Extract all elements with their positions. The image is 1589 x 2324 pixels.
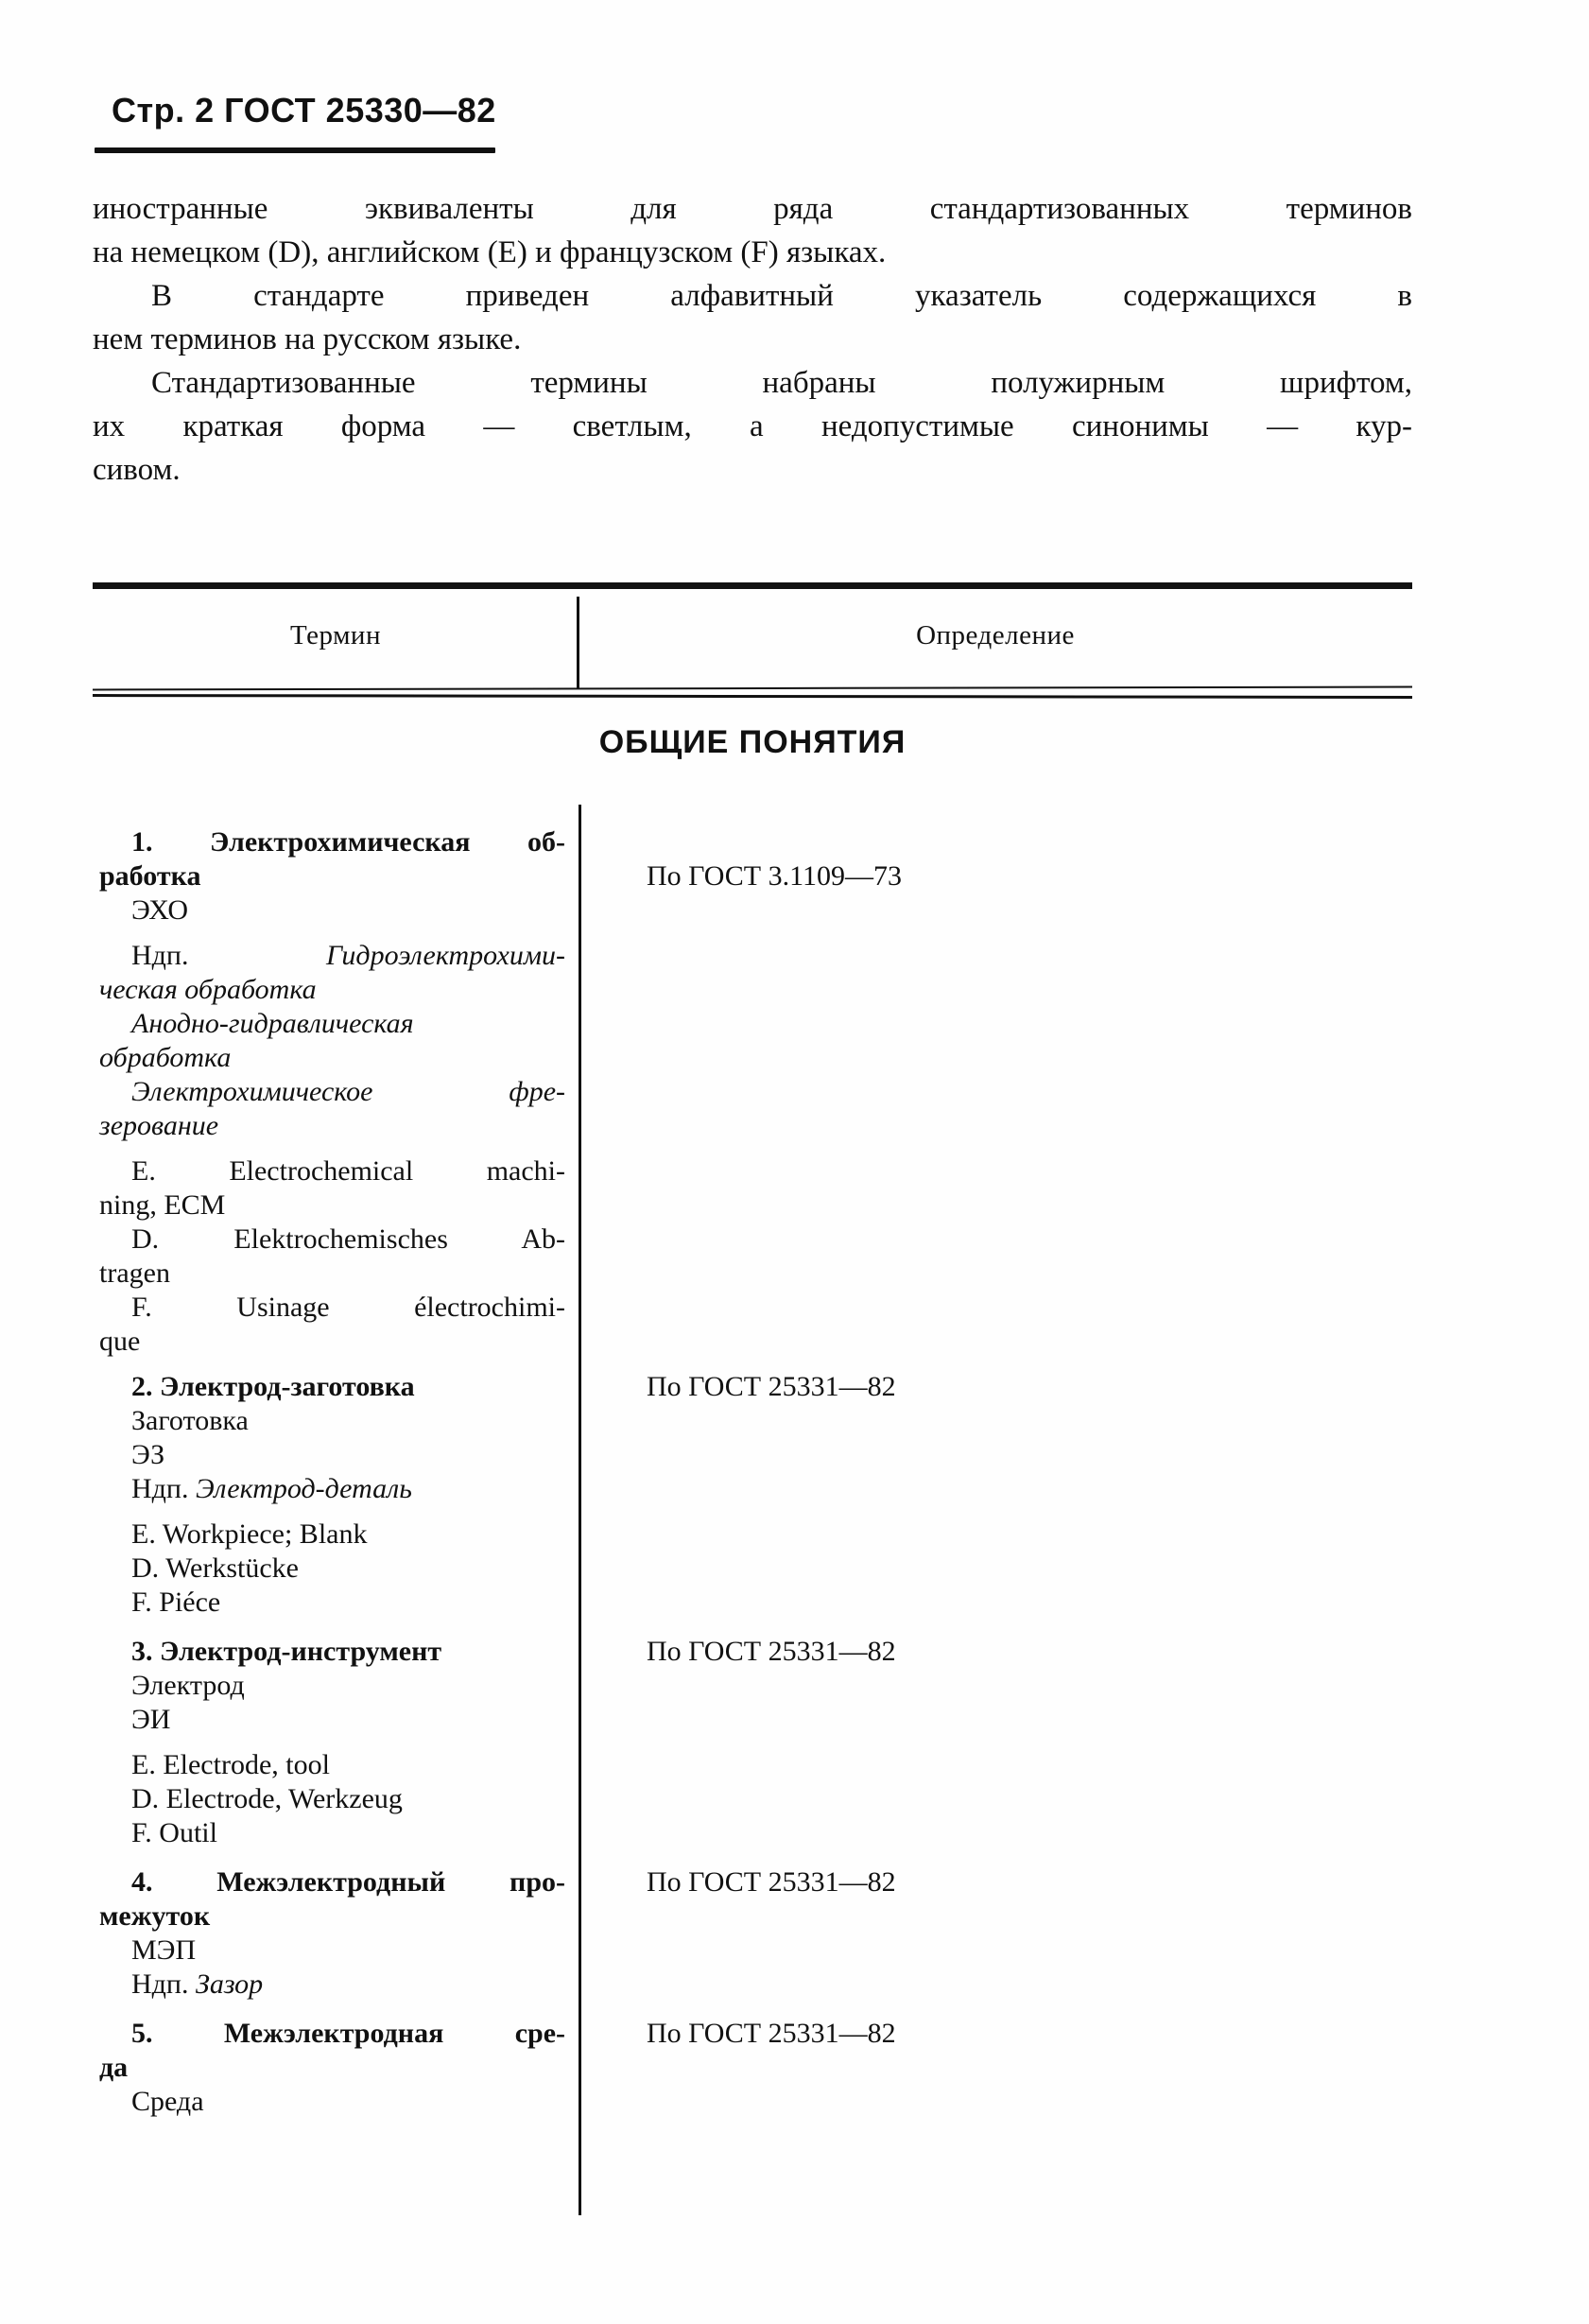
term-line: да [99, 2051, 565, 2085]
definition-cell: По ГОСТ 3.1109—73 [579, 825, 1412, 1359]
text-segment: да [99, 2052, 128, 2083]
column-divider-body [579, 805, 581, 2215]
text-segment: ческая обработка [99, 974, 317, 1005]
text-segment: E. Electrode, tool [131, 1749, 330, 1780]
text-segment: 5. Межэлектродная сре- [131, 2018, 565, 2049]
text-segment: иностранные эквиваленты для ряда стандар… [93, 192, 1412, 226]
text-segment: tragen [99, 1257, 170, 1289]
intro-line: Стандартизованные термины набраны полужи… [93, 361, 1412, 405]
text-segment: F. Piéce [131, 1587, 220, 1618]
text-segment: D. Electrode, Werkzeug [131, 1783, 403, 1814]
text-segment: Ндп. [131, 1968, 188, 2000]
term-line: ЭЗ [99, 1438, 565, 1472]
text-segment: D. Elektrochemisches Ab- [131, 1223, 565, 1255]
term-line: D. Werkstücke [99, 1552, 565, 1586]
term-line: D. Elektrochemisches Ab- [99, 1223, 565, 1257]
intro-paragraph: Стандартизованные термины набраны полужи… [93, 361, 1412, 492]
text-segment: F. Usinage électrochimi- [131, 1292, 565, 1323]
definition-text: По ГОСТ 3.1109—73 [647, 859, 1412, 893]
text-segment: межуток [99, 1900, 210, 1932]
text-segment: 4. Межэлектродный про- [131, 1866, 565, 1898]
term-line: ческая обработка [99, 973, 565, 1007]
term-line: Электрохимическое фре- [99, 1075, 565, 1109]
text-segment: 1. Электрохимическая об- [131, 826, 565, 858]
header-underline-rule [95, 147, 495, 153]
intro-line: на немецком (D), английском (E) и францу… [93, 231, 1412, 274]
text-segment: Электрохимическое фре- [131, 1076, 565, 1107]
definition-cell: По ГОСТ 25331—82 [579, 2017, 1412, 2119]
intro-paragraphs: иностранные эквиваленты для ряда стандар… [93, 187, 1412, 492]
intro-line: нем терминов на русском языке. [93, 318, 1412, 361]
term-line: ЭИ [99, 1703, 565, 1737]
term-line: tragen [99, 1257, 565, 1291]
text-segment: 2. Электрод-заготовка [131, 1371, 415, 1402]
text-segment: ning, ECM [99, 1189, 225, 1221]
term-line: D. Electrode, Werkzeug [99, 1782, 565, 1816]
definition-text: По ГОСТ 25331—82 [647, 2017, 1412, 2051]
term-line: E. Workpiece; Blank [99, 1518, 565, 1552]
line-gap [99, 928, 565, 939]
term-line: обработка [99, 1041, 565, 1075]
text-segment: ЭЗ [131, 1439, 164, 1470]
text-segment: Ндп. [131, 1473, 188, 1504]
text-segment: сивом. [93, 453, 181, 487]
text-segment: В стандарте приведен алфавитный указател… [151, 279, 1412, 313]
table-top-rule [93, 582, 1412, 589]
term-line: 2. Электрод-заготовка [99, 1370, 565, 1404]
term-line: ning, ECM [99, 1188, 565, 1223]
text-segment: Зазор [196, 1968, 263, 2000]
intro-line: их краткая форма — светлым, а недопустим… [93, 405, 1412, 448]
term-line: F. Outil [99, 1816, 565, 1850]
text-segment: обработка [99, 1042, 231, 1073]
term-line: E. Electrode, tool [99, 1748, 565, 1782]
intro-line: сивом. [93, 448, 1412, 492]
text-segment: работка [99, 860, 200, 892]
text-segment: Электрод [131, 1670, 245, 1701]
term-line: ЭХО [99, 893, 565, 928]
term-line: Заготовка [99, 1404, 565, 1438]
text-segment: зерование [99, 1110, 218, 1141]
text-segment: МЭП [131, 1934, 196, 1966]
term-line: 1. Электрохимическая об- [99, 825, 565, 859]
term-line: 4. Межэлектродный про- [99, 1865, 565, 1899]
text-segment: que [99, 1326, 140, 1357]
text-segment: D. Werkstücke [131, 1552, 299, 1584]
table-row-entry-1: 1. Электрохимическая об-работкаЭХОНдп. Г… [93, 825, 1412, 1359]
text-segment: E. Electrochemical machi- [131, 1155, 565, 1187]
column-header-term: Термин [93, 620, 579, 651]
term-cell: 5. Межэлектродная сре-даСреда [93, 2017, 579, 2119]
text-segment: Гидроэлектрохими- [326, 940, 565, 971]
term-cell: 1. Электрохимическая об-работкаЭХОНдп. Г… [93, 825, 579, 1359]
text-segment: E. Workpiece; Blank [131, 1518, 367, 1550]
definition-cell: По ГОСТ 25331—82 [579, 1635, 1412, 1850]
table-row-entry-4: 4. Межэлектродный про-межутокМЭПНдп. Заз… [93, 1865, 1412, 2002]
document-page: Стр. 2 ГОСТ 25330—82 иностранные эквивал… [0, 0, 1589, 2324]
term-cell: 4. Межэлектродный про-межутокМЭПНдп. Заз… [93, 1865, 579, 2002]
term-line: 5. Межэлектродная сре- [99, 2017, 565, 2051]
text-segment: Ндп. [131, 940, 188, 971]
term-line: F. Usinage électrochimi- [99, 1291, 565, 1325]
definition-text: По ГОСТ 25331—82 [647, 1865, 1412, 1899]
text-segment: их краткая форма — светлым, а недопустим… [93, 409, 1412, 443]
term-cell: 2. Электрод-заготовкаЗаготовкаЭЗНдп. Эле… [93, 1370, 579, 1620]
term-line: F. Piéce [99, 1586, 565, 1620]
line-gap [99, 1506, 565, 1518]
text-segment: Анодно-гидравлическая [131, 1008, 414, 1039]
term-cell: 3. Электрод-инструментЭлектродЭИE. Elect… [93, 1635, 579, 1850]
term-line: Ндп. Гидроэлектрохими- [99, 939, 565, 973]
text-segment: Среда [131, 2086, 204, 2117]
term-line: Ндп. Электрод-деталь [99, 1472, 565, 1506]
column-header-definition: Определение [579, 620, 1412, 651]
table-row-entry-5: 5. Межэлектродная сре-даСредаПо ГОСТ 253… [93, 2017, 1412, 2119]
section-heading: ОБЩИЕ ПОНЯТИЯ [93, 724, 1412, 761]
term-line: Электрод [99, 1669, 565, 1703]
text-segment: на немецком (D), английском (E) и францу… [93, 235, 886, 269]
term-line: que [99, 1325, 565, 1359]
term-line: работка [99, 859, 565, 893]
term-line: 3. Электрод-инструмент [99, 1635, 565, 1669]
term-line: Анодно-гидравлическая [99, 1007, 565, 1041]
terms-table-body: 1. Электрохимическая об-работкаЭХОНдп. Г… [93, 799, 1412, 2119]
text-segment: F. Outil [131, 1817, 217, 1848]
definition-cell: По ГОСТ 25331—82 [579, 1370, 1412, 1620]
text-segment: Заготовка [131, 1405, 249, 1436]
intro-paragraph: иностранные эквиваленты для ряда стандар… [93, 187, 1412, 274]
term-line: межуток [99, 1899, 565, 1934]
table-header-rule-2 [93, 694, 1412, 699]
text-segment: ЭХО [131, 894, 188, 926]
table-row-entry-2: 2. Электрод-заготовкаЗаготовкаЭЗНдп. Эле… [93, 1370, 1412, 1620]
table-row-entry-3: 3. Электрод-инструментЭлектродЭИE. Elect… [93, 1635, 1412, 1850]
term-line: Ндп. Зазор [99, 1968, 565, 2002]
intro-line: В стандарте приведен алфавитный указател… [93, 274, 1412, 318]
term-line: E. Electrochemical machi- [99, 1154, 565, 1188]
text-segment: Электрод-деталь [196, 1473, 412, 1504]
term-line: МЭП [99, 1934, 565, 1968]
term-line: зерование [99, 1109, 565, 1143]
intro-paragraph: В стандарте приведен алфавитный указател… [93, 274, 1412, 361]
term-line: Среда [99, 2085, 565, 2119]
line-gap [99, 1143, 565, 1154]
text-segment: ЭИ [131, 1704, 170, 1735]
text-segment: нем терминов на русском языке. [93, 322, 521, 356]
definition-text: По ГОСТ 25331—82 [647, 1635, 1412, 1669]
table-header-rule-1 [93, 686, 1412, 691]
intro-line: иностранные эквиваленты для ряда стандар… [93, 187, 1412, 231]
line-gap [99, 1737, 565, 1748]
definition-text: По ГОСТ 25331—82 [647, 1370, 1412, 1404]
text-segment: 3. Электрод-инструмент [131, 1636, 441, 1667]
page-header: Стр. 2 ГОСТ 25330—82 [112, 91, 496, 130]
definition-cell: По ГОСТ 25331—82 [579, 1865, 1412, 2002]
text-segment: Стандартизованные термины набраны полужи… [151, 366, 1412, 400]
